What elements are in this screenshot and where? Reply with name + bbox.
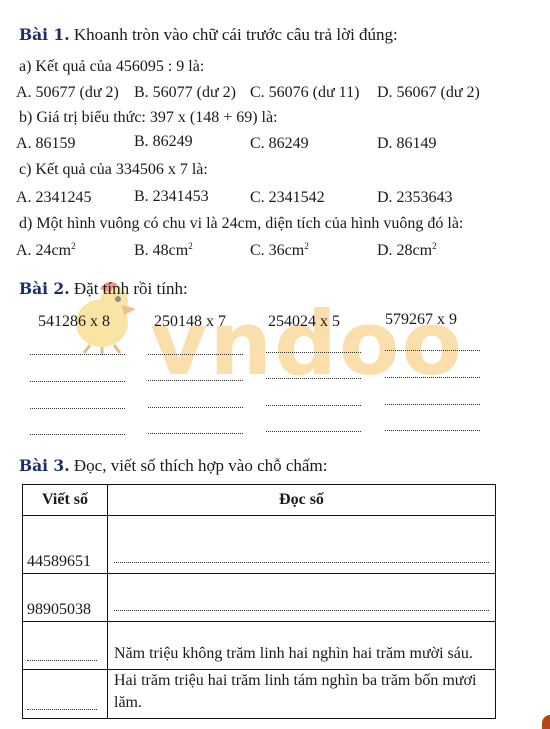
table-row: 44589651 bbox=[23, 516, 496, 574]
expression-4: 579267 x 9 bbox=[385, 311, 457, 329]
table-header-row: Viết số Đọc số bbox=[23, 485, 496, 516]
question-c-option-d[interactable]: D. 2353643 bbox=[377, 189, 453, 207]
option-text: B. 48cm bbox=[134, 242, 188, 259]
answer-dotted-line[interactable] bbox=[27, 709, 97, 710]
expression-1: 541286 x 8 bbox=[38, 313, 110, 331]
expression-3: 254024 x 5 bbox=[268, 313, 340, 331]
answer-line[interactable] bbox=[148, 433, 243, 434]
number-answer-cell[interactable] bbox=[23, 622, 108, 670]
answer-line[interactable] bbox=[266, 352, 361, 353]
reading-cell: Hai trăm triệu hai trăm linh tám nghìn b… bbox=[108, 670, 496, 719]
answer-line[interactable] bbox=[148, 407, 243, 408]
answer-line[interactable] bbox=[385, 377, 480, 378]
question-a-option-b[interactable]: B. 56077 (dư 2) bbox=[134, 84, 236, 102]
question-c-option-a[interactable]: A. 2341245 bbox=[16, 189, 92, 207]
number-cell: 44589651 bbox=[23, 516, 108, 574]
question-d-option-d[interactable]: D. 28cm2 bbox=[377, 241, 437, 260]
read-write-number-table: Viết số Đọc số 44589651 98905038 Năm tri… bbox=[22, 484, 496, 719]
bai1-heading: Bài 1. Khoanh tròn vào chữ cái trước câu… bbox=[19, 25, 398, 45]
answer-line[interactable] bbox=[30, 434, 125, 435]
answer-line[interactable] bbox=[385, 404, 480, 405]
question-b-option-c[interactable]: C. 86249 bbox=[250, 135, 309, 153]
answer-dotted-line[interactable] bbox=[27, 660, 97, 661]
question-a-prompt: a) Kết quả của 456095 : 9 là: bbox=[19, 58, 204, 76]
reading-cell: Năm triệu không trăm linh hai nghìn hai … bbox=[108, 622, 496, 670]
answer-line[interactable] bbox=[266, 431, 361, 432]
question-b-option-a[interactable]: A. 86159 bbox=[16, 135, 76, 153]
bai2-heading: Bài 2. Đặt tính rồi tính: bbox=[19, 279, 188, 299]
bai3-heading: Bài 3. Đọc, viết số thích hợp vào chỗ ch… bbox=[19, 456, 327, 476]
option-text: A. 24cm bbox=[16, 242, 71, 259]
answer-line[interactable] bbox=[30, 408, 125, 409]
page-corner-decoration bbox=[542, 715, 550, 729]
question-d-option-c[interactable]: C. 36cm2 bbox=[250, 241, 309, 260]
bai3-label: Bài 3. bbox=[19, 456, 70, 475]
bai1-label: Bài 1. bbox=[19, 25, 70, 44]
answer-line[interactable] bbox=[385, 350, 480, 351]
question-b-prompt: b) Giá trị biểu thức: 397 x (148 + 69) l… bbox=[19, 109, 278, 127]
answer-dotted-line[interactable] bbox=[114, 562, 489, 563]
reading-answer-cell[interactable] bbox=[108, 574, 496, 622]
bai3-title: Đọc, viết số thích hợp vào chỗ chấm: bbox=[74, 456, 328, 475]
question-b-option-b[interactable]: B. 86249 bbox=[134, 133, 193, 151]
number-answer-cell[interactable] bbox=[23, 670, 108, 719]
table-row: Năm triệu không trăm linh hai nghìn hai … bbox=[23, 622, 496, 670]
bai1-title: Khoanh tròn vào chữ cái trước câu trả lờ… bbox=[74, 25, 398, 44]
question-d-prompt: d) Một hình vuông có chu vi là 24cm, diệ… bbox=[19, 215, 463, 233]
bai2-label: Bài 2. bbox=[19, 279, 70, 298]
question-a-option-a[interactable]: A. 50677 (dư 2) bbox=[16, 84, 119, 102]
bai2-title: Đặt tính rồi tính: bbox=[74, 279, 188, 298]
question-c-option-b[interactable]: B. 2341453 bbox=[134, 188, 209, 206]
question-d-option-a[interactable]: A. 24cm2 bbox=[16, 241, 76, 260]
option-text: C. 36cm bbox=[250, 242, 304, 259]
question-a-option-c[interactable]: C. 56076 (dư 11) bbox=[250, 84, 359, 102]
answer-dotted-line[interactable] bbox=[114, 610, 489, 611]
superscript: 2 bbox=[188, 241, 193, 251]
question-c-option-c[interactable]: C. 2341542 bbox=[250, 189, 325, 207]
superscript: 2 bbox=[71, 241, 76, 251]
answer-line[interactable] bbox=[266, 378, 361, 379]
header-viet-so: Viết số bbox=[23, 485, 108, 516]
answer-line[interactable] bbox=[148, 354, 243, 355]
question-a-option-d[interactable]: D. 56067 (dư 2) bbox=[377, 84, 480, 102]
answer-line[interactable] bbox=[30, 354, 125, 355]
question-b-option-d[interactable]: D. 86149 bbox=[377, 135, 437, 153]
superscript: 2 bbox=[304, 241, 309, 251]
question-d-option-b[interactable]: B. 48cm2 bbox=[134, 241, 193, 260]
answer-line[interactable] bbox=[30, 381, 125, 382]
answer-line[interactable] bbox=[266, 405, 361, 406]
option-text: D. 28cm bbox=[377, 242, 432, 259]
expression-2: 250148 x 7 bbox=[154, 313, 226, 331]
answer-line[interactable] bbox=[148, 380, 243, 381]
table-row: 98905038 bbox=[23, 574, 496, 622]
reading-answer-cell[interactable] bbox=[108, 516, 496, 574]
answer-line[interactable] bbox=[385, 430, 480, 431]
superscript: 2 bbox=[432, 241, 437, 251]
table-row: Hai trăm triệu hai trăm linh tám nghìn b… bbox=[23, 670, 496, 719]
number-cell: 98905038 bbox=[23, 574, 108, 622]
question-c-prompt: c) Kết quả của 334506 x 7 là: bbox=[19, 161, 208, 179]
header-doc-so: Đọc số bbox=[108, 485, 496, 516]
